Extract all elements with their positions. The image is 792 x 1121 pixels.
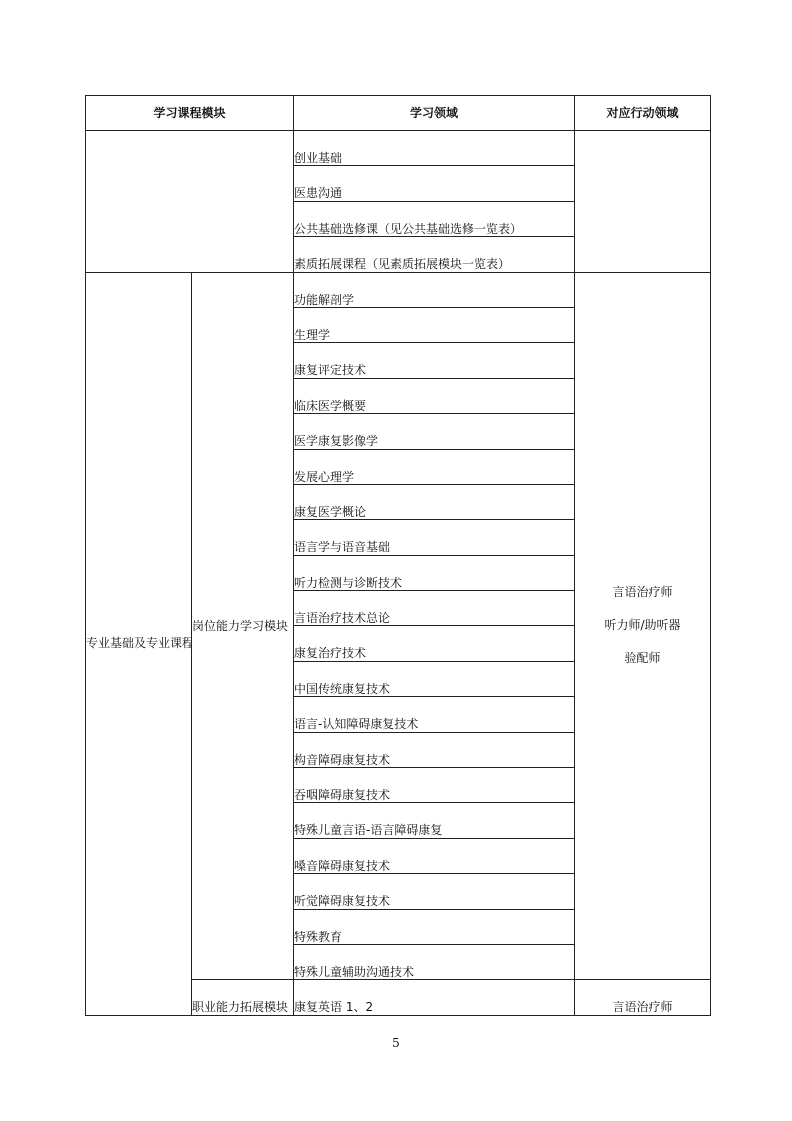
area-cell: 康复评定技术 [294,343,575,378]
area-cell: 特殊儿童言语-语言障碍康复 [294,803,575,838]
area-cell: 康复医学概论 [294,484,575,519]
area-cell: 嗓音障碍康复技术 [294,838,575,873]
area-cell: 医患沟通 [294,166,575,201]
document-page: 学习课程模块 学习领域 对应行动领域 创业基础 医患沟通 公共基础选修课（见公共… [0,0,792,1121]
area-cell: 临床医学概要 [294,378,575,413]
area-cell: 听觉障碍康复技术 [294,874,575,909]
area-cell: 发展心理学 [294,449,575,484]
area-cell: 语言-认知障碍康复技术 [294,697,575,732]
area-cell: 言语治疗技术总论 [294,591,575,626]
area-cell: 语言学与语音基础 [294,520,575,555]
action-cell-post-ability: 言语治疗师 听力师/助听器 验配师 [575,272,711,980]
area-cell: 康复英语 1、2 [294,980,575,1015]
area-cell: 创业基础 [294,131,575,166]
header-action: 对应行动领域 [575,96,711,131]
table-header-row: 学习课程模块 学习领域 对应行动领域 [86,96,711,131]
area-cell: 特殊儿童辅助沟通技术 [294,944,575,979]
action-line: 听力师/助听器 [575,609,710,642]
area-cell: 素质拓展课程（见素质拓展模块一览表） [294,237,575,272]
action-cell-career-extension: 言语治疗师 [575,980,711,1015]
area-cell: 康复治疗技术 [294,626,575,661]
header-area: 学习领域 [294,96,575,131]
action-line: 验配师 [575,642,710,675]
area-cell: 功能解剖学 [294,272,575,307]
sub-module-cell-career-extension: 职业能力拓展模块 [192,980,294,1015]
header-module: 学习课程模块 [86,96,294,131]
sub-module-cell-post-ability: 岗位能力学习模块 [192,272,294,980]
curriculum-table: 学习课程模块 学习领域 对应行动领域 创业基础 医患沟通 公共基础选修课（见公共… [85,95,711,1016]
area-cell: 医学康复影像学 [294,414,575,449]
area-cell: 特殊教育 [294,909,575,944]
area-cell: 听力检测与诊断技术 [294,555,575,590]
area-cell: 吞咽障碍康复技术 [294,768,575,803]
page-number: 5 [0,1036,792,1050]
area-cell: 生理学 [294,307,575,342]
table-row: 创业基础 [86,131,711,166]
action-cell-general [575,131,711,273]
table-row: 专业基础及专业课程模块 岗位能力学习模块 功能解剖学 言语治疗师 听力师/助听器… [86,272,711,307]
area-cell: 公共基础选修课（见公共基础选修一览表） [294,201,575,236]
area-cell: 中国传统康复技术 [294,661,575,696]
group-cell-professional: 专业基础及专业课程模块 [86,272,192,1015]
area-cell: 构音障碍康复技术 [294,732,575,767]
module-cell-general [86,131,294,273]
action-line: 言语治疗师 [575,576,710,609]
